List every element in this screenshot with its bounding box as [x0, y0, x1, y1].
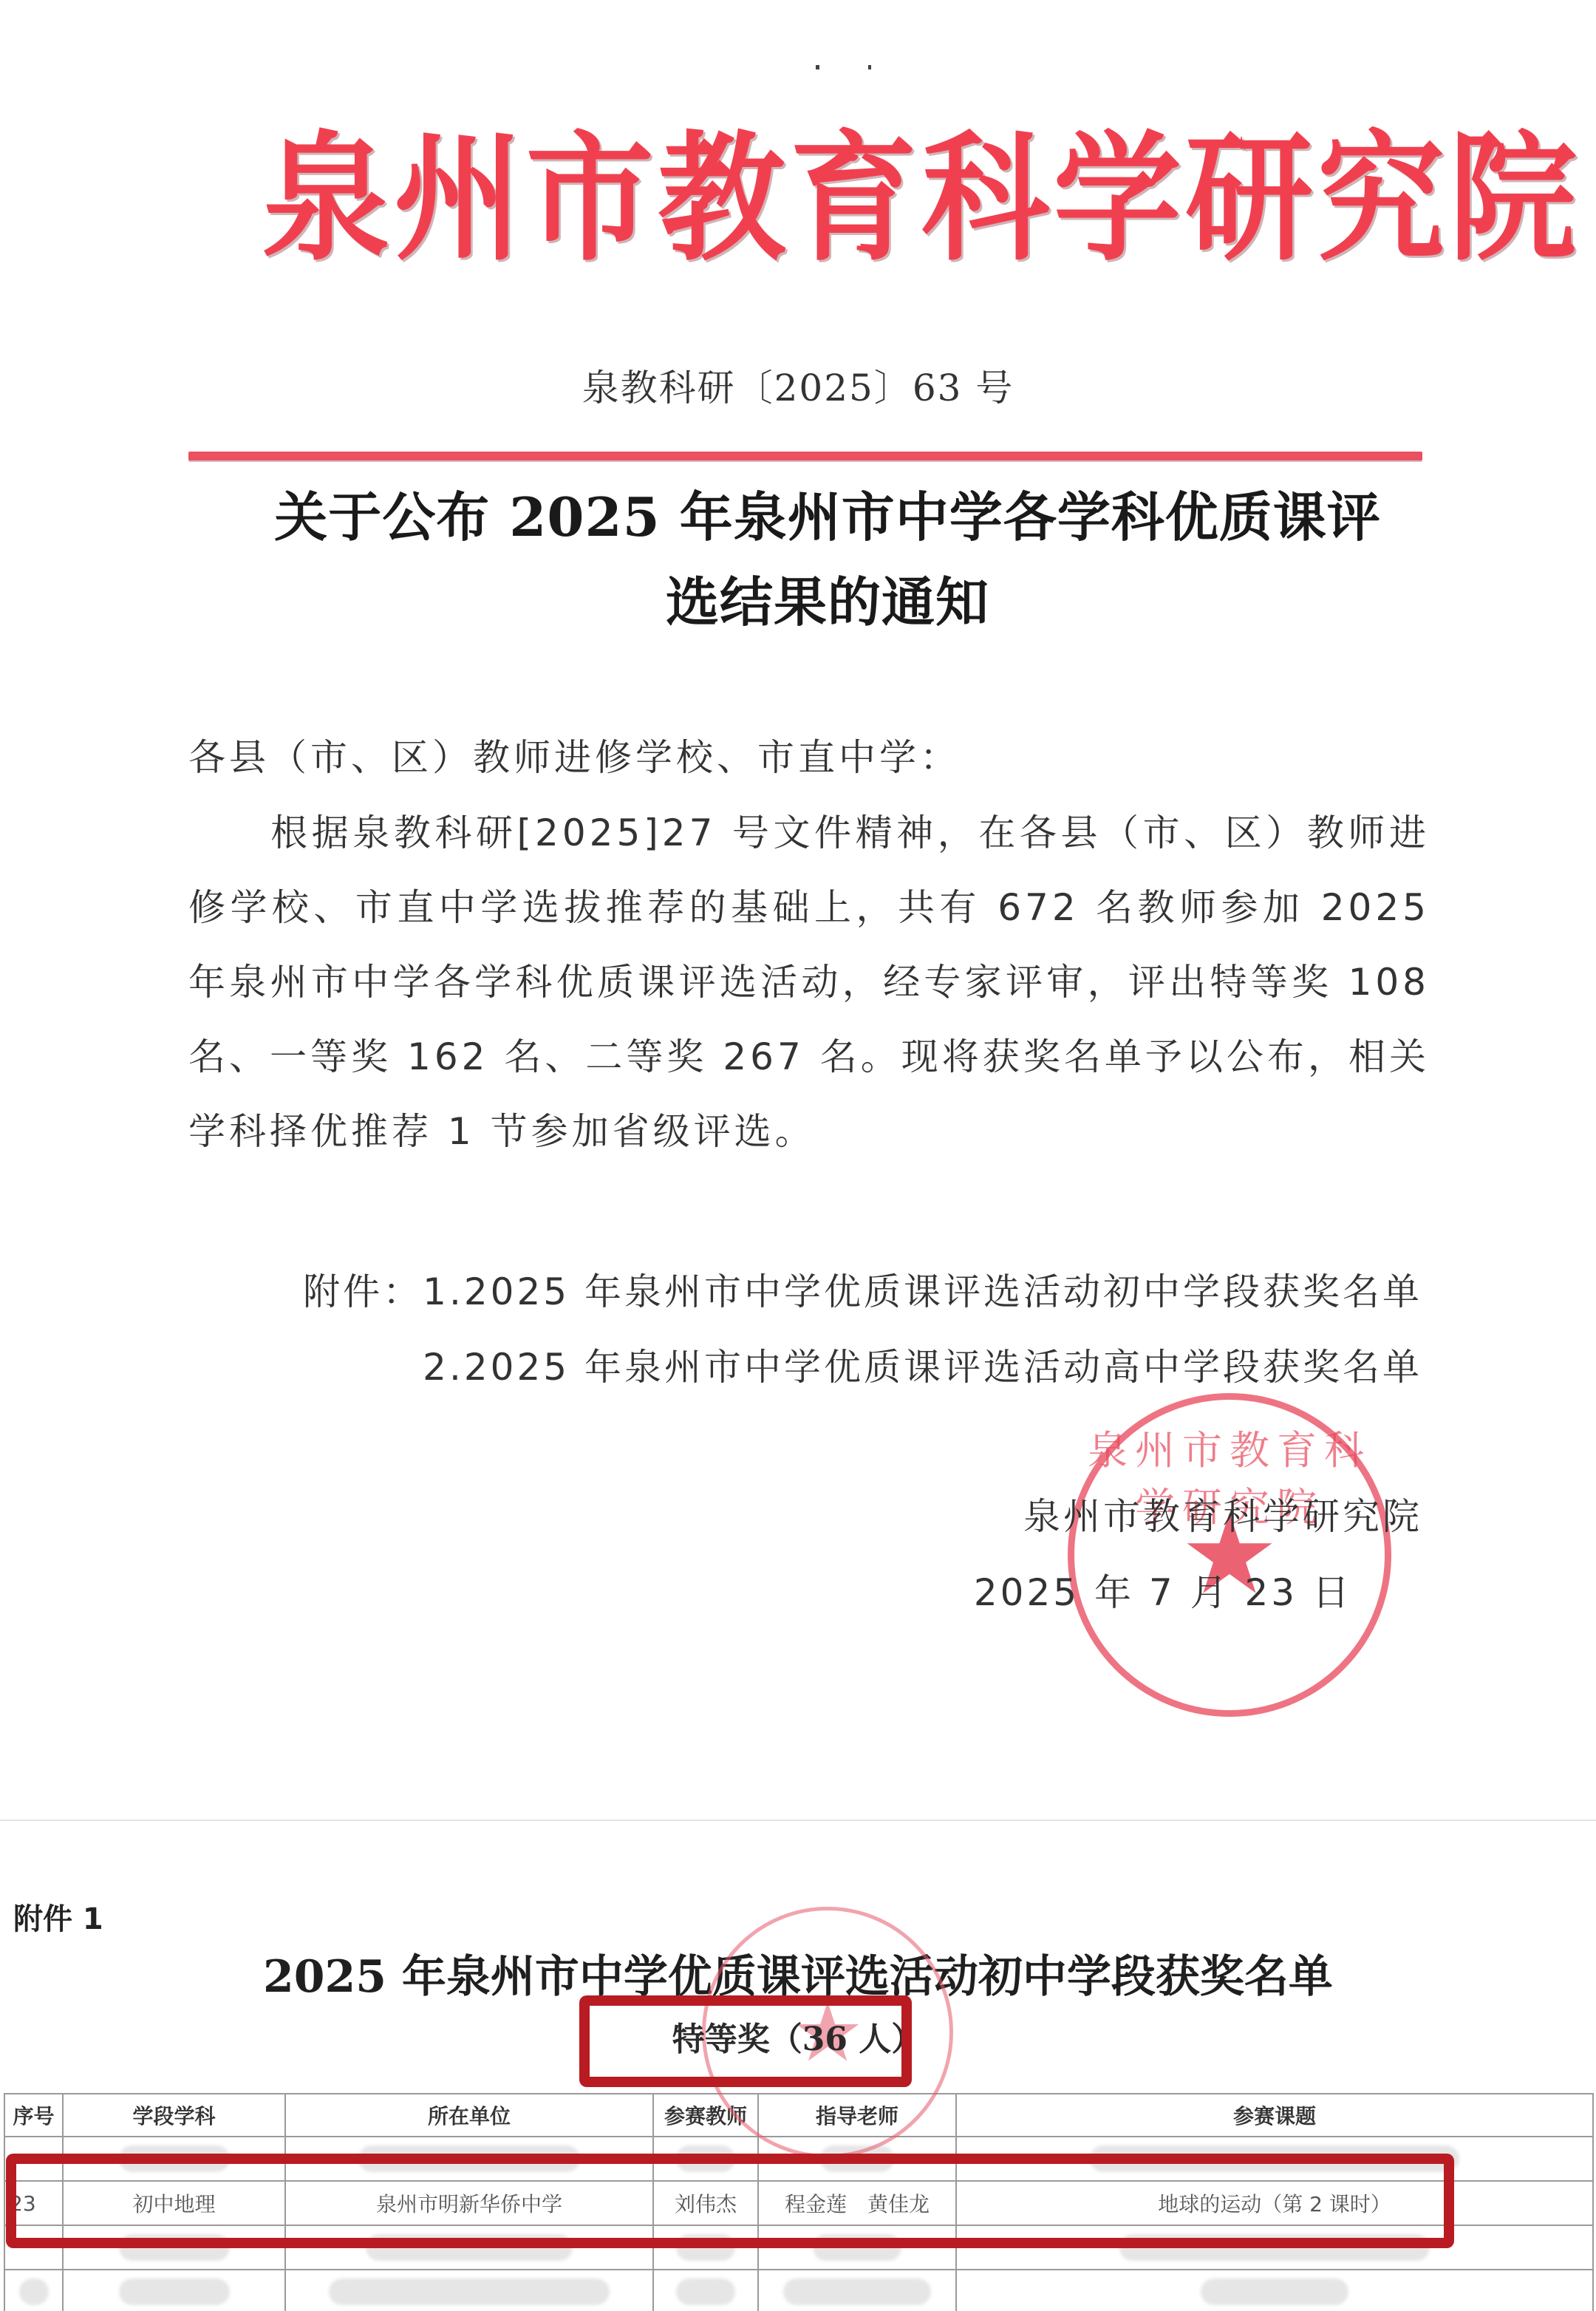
- signature-date: 2025 年 7 月 23 日: [974, 1570, 1352, 1615]
- column-header-index: 序号: [4, 2094, 63, 2137]
- notice-title-line-2: 选结果的通知: [236, 573, 1419, 632]
- masthead-title: 泉州市教育科学研究院: [262, 111, 1363, 288]
- official-seal: 泉州市教育科学研究院 ★: [1068, 1393, 1391, 1717]
- body-line: 年泉州市中学各学科优质课评选活动，经专家评审，评出特等奖 108: [188, 945, 1430, 1020]
- signature-organization: 泉州市教育科学研究院: [1023, 1494, 1422, 1539]
- notice-title-line-1: 关于公布 2025 年泉州市中学各学科优质课评: [236, 488, 1419, 547]
- redacted-cell: [783, 2278, 931, 2305]
- redacted-cell: [676, 2278, 735, 2305]
- body-line: 学科择优推荐 1 节参加省级评选。: [188, 1095, 1430, 1169]
- redacted-cell: [119, 2278, 230, 2305]
- redacted-cell: [329, 2278, 610, 2305]
- redacted-cell: [1201, 2278, 1348, 2305]
- attachment-label: 附件 1: [13, 1896, 103, 1938]
- document-number: 泉教科研〔2025〕63 号: [0, 366, 1596, 410]
- attachment-item-1: 附件：1.2025 年泉州市中学优质课评选活动初中学段获奖名单: [303, 1270, 1422, 1314]
- table-row-redacted: [4, 2270, 1593, 2311]
- body-line: 名、一等奖 162 名、二等奖 267 名。现将获奖名单予以公布，相关: [188, 1020, 1430, 1095]
- column-header-school: 所在单位: [285, 2094, 653, 2137]
- scan-artifact-dot: [868, 65, 871, 69]
- highlight-box-table-row: [6, 2154, 1454, 2248]
- addressee: 各县（市、区）教师进修学校、市直中学：: [188, 721, 1430, 795]
- redacted-cell: [19, 2278, 49, 2305]
- body-line: 根据泉教科研[2025]27 号文件精神，在各县（市、区）教师进: [188, 796, 1430, 871]
- red-divider-rule: [188, 452, 1422, 460]
- scan-artifact-dot: [816, 65, 819, 69]
- column-header-subject: 学段学科: [63, 2094, 285, 2137]
- page-separator: [0, 1820, 1596, 1821]
- body-line: 修学校、市直中学选拔推荐的基础上，共有 672 名教师参加 2025: [188, 871, 1430, 945]
- attachment-item-2: 2.2025 年泉州市中学优质课评选活动高中学段获奖名单: [423, 1345, 1422, 1389]
- column-header-topic: 参赛课题: [956, 2094, 1593, 2137]
- highlight-box-award-heading: [579, 1995, 912, 2087]
